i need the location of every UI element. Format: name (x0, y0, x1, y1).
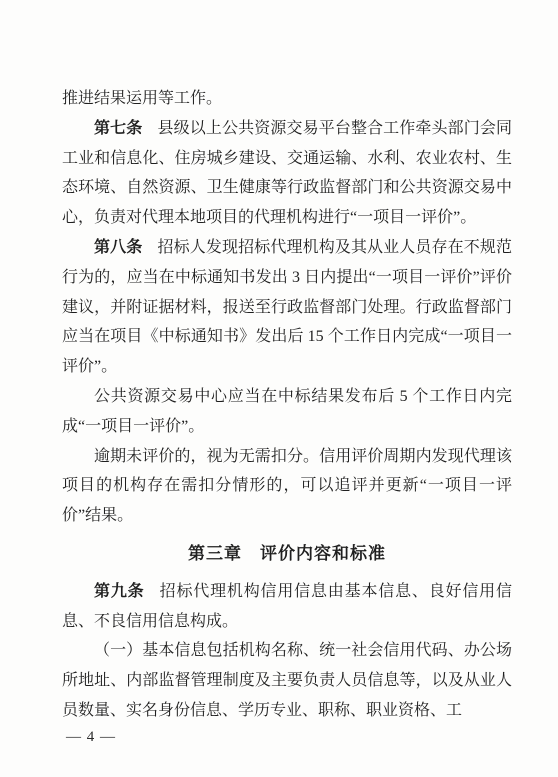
document-body: 推进结果运用等工作。第七条县级以上公共资源交易平台整合工作牵头部门会同工业和信息… (62, 84, 512, 726)
body-paragraph: 推进结果运用等工作。 (62, 84, 512, 114)
article-label: 第七条 (94, 120, 142, 137)
body-paragraph: 逾期未评价的，视为无需扣分。信用评价周期内发现代理该项目的机构存在需扣分情形的，… (62, 442, 512, 531)
article-paragraph: 第八条招标人发现招标代理机构及其从业人员存在不规范行为的，应当在中标通知书发出 … (62, 233, 512, 382)
article-label: 第八条 (94, 239, 142, 256)
article-paragraph: 第九条招标代理机构信用信息由基本信息、良好信用信息、不良信用信息构成。 (62, 577, 512, 637)
chapter-heading: 第三章 评价内容和标准 (62, 539, 512, 569)
page-number: — 4 — (66, 729, 116, 746)
body-paragraph: （一）基本信息包括机构名称、统一社会信用代码、办公场所地址、内部监督管理制度及主… (62, 636, 512, 725)
document-page: 推进结果运用等工作。第七条县级以上公共资源交易平台整合工作牵头部门会同工业和信息… (0, 0, 558, 777)
body-paragraph: 公共资源交易中心应当在中标结果发布后 5 个工作日内完成“一项目一评价”。 (62, 382, 512, 442)
article-label: 第九条 (94, 583, 144, 600)
article-paragraph: 第七条县级以上公共资源交易平台整合工作牵头部门会同工业和信息化、住房城乡建设、交… (62, 114, 512, 233)
